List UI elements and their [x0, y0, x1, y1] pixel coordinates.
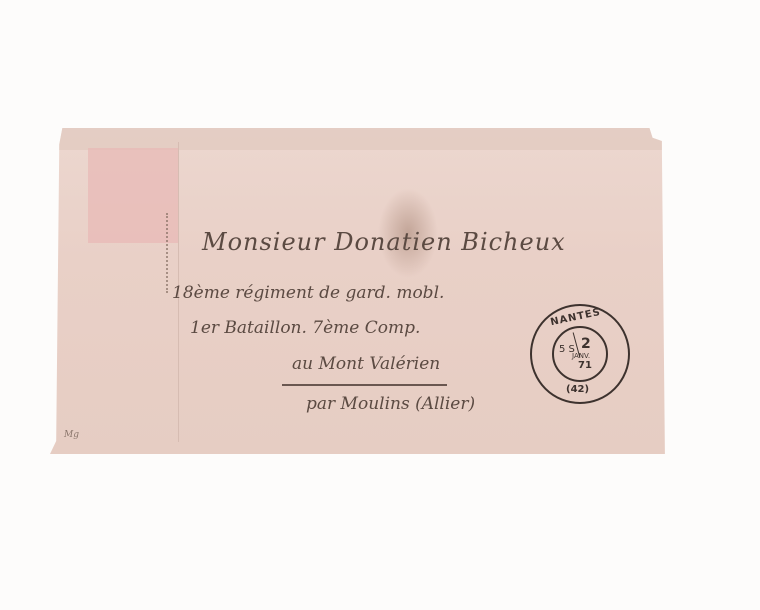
envelope-flap — [50, 128, 668, 150]
postmark-department: (42) — [566, 384, 589, 395]
postmark-day: 2 — [581, 336, 591, 352]
address-underline — [282, 384, 447, 386]
postmark-city: NANTES — [549, 307, 602, 328]
address-line-recipient: Monsieur Donatien Bicheux — [202, 228, 566, 256]
address-line-via: par Moulins (Allier) — [306, 394, 475, 414]
stamp-perforations — [166, 213, 174, 293]
address-line-location: au Mont Valérien — [292, 354, 440, 374]
postmark-year: 71 — [578, 360, 592, 371]
postmark-month: JANV. — [572, 352, 590, 360]
envelope: Monsieur Donatien Bicheux 18ème régiment… — [50, 128, 668, 454]
postmark: NANTES 5 S 2 JANV. 71 (42) — [530, 304, 630, 404]
address-line-regiment: 18ème régiment de gard. mobl. — [172, 283, 444, 303]
postmark-inner-ring: 5 S 2 JANV. 71 — [552, 326, 608, 382]
address-line-battalion: 1er Bataillon. 7ème Comp. — [190, 318, 420, 338]
stamp-remnant — [88, 148, 178, 243]
corner-mark: Mg — [64, 430, 79, 440]
